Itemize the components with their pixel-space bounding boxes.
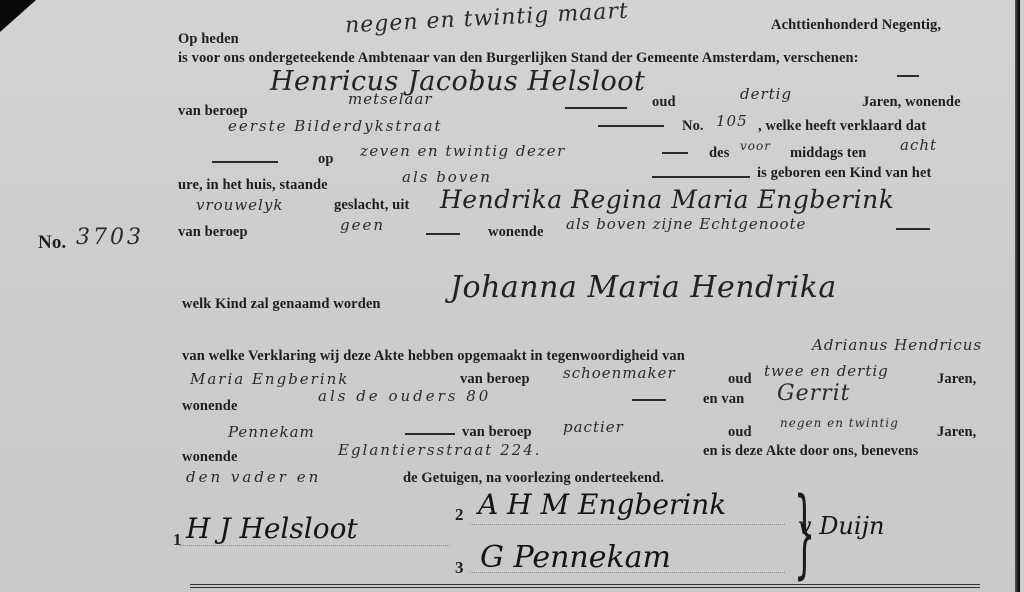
jaren-wonende-label: Jaren, wonende <box>862 94 961 111</box>
dash <box>405 433 455 435</box>
witness1-occupation: schoenmaker <box>563 364 676 382</box>
getuigen-line: de Getuigen, na voorlezing onderteekend. <box>403 470 664 487</box>
witness2-age: negen en twintig <box>780 416 899 430</box>
en-is-deze-label: en is deze Akte door ons, benevens <box>703 443 918 460</box>
house-no-label: No. <box>682 118 704 135</box>
dash <box>598 125 664 127</box>
wonende-label-3: wonende <box>182 398 238 415</box>
birth-place: als boven <box>402 168 492 186</box>
child-name: Johanna Maria Hendrika <box>450 270 837 305</box>
signature-line-2 <box>470 524 785 525</box>
dash <box>897 75 919 77</box>
witness1-age: twee en dertig <box>764 362 889 380</box>
witness1-name-b: Maria Engberink <box>190 370 349 388</box>
welke-heeft-label: , welke heeft verklaard dat <box>758 118 926 135</box>
father-house-number: 105 <box>716 112 748 130</box>
dash <box>896 228 930 230</box>
witness1-signature: A H M Engberink <box>478 488 726 521</box>
handwritten-date: negen en twintig maart <box>345 0 630 38</box>
jaren-label-4: Jaren, <box>937 424 976 441</box>
dash <box>632 399 666 401</box>
scan-corner-shadow <box>0 0 36 32</box>
mother-residence: als boven zijne Echtgenoote <box>566 215 806 233</box>
op-heden-label: Op heden <box>178 31 239 48</box>
father-street: eerste Bilderdykstraat <box>228 117 443 135</box>
dash <box>426 233 460 235</box>
mother-name: Hendrika Regina Maria Engberink <box>440 185 894 214</box>
signature-number-2: 2 <box>455 505 464 525</box>
oud-label-4: oud <box>728 424 752 441</box>
record-number-label: No. <box>38 232 66 254</box>
year-text: Achttienhonderd Negentig, <box>771 17 941 34</box>
van-beroep-label-3: van beroep <box>460 371 530 388</box>
bottom-rule-2 <box>190 587 980 588</box>
op-label: op <box>318 151 334 168</box>
welk-kind-label: welk Kind zal genaamd worden <box>182 296 381 313</box>
signature-number-1: 1 <box>173 530 182 550</box>
father-signature: H J Helsloot <box>186 512 358 545</box>
witness2-signature: G Pennekam <box>480 540 671 575</box>
verklaring-line: van welke Verklaring wij deze Akte hebbe… <box>182 348 685 365</box>
middags-ten-label: middags ten <box>790 145 866 162</box>
dash <box>565 107 627 109</box>
father-name: Henricus Jacobus Helsloot <box>270 66 645 97</box>
birth-hour: acht <box>900 136 937 154</box>
oud-label: oud <box>652 94 676 111</box>
wonende-label-2: wonende <box>488 224 544 241</box>
is-geboren-label: is geboren een Kind van het <box>757 165 931 182</box>
scan-right-edge <box>1015 0 1020 592</box>
jaren-label-3: Jaren, <box>937 371 976 388</box>
van-beroep-label-2: van beroep <box>178 224 248 241</box>
dash <box>662 152 688 154</box>
van-beroep-label-4: van beroep <box>462 424 532 441</box>
closing-handwritten: den vader en <box>186 468 321 486</box>
signature-number-3: 3 <box>455 558 464 578</box>
signature-line-3 <box>470 572 785 573</box>
time-prefix-text: voor <box>740 139 771 153</box>
father-occupation: metselaar <box>348 90 433 108</box>
father-age: dertig <box>740 85 792 103</box>
official-signature: v Duijn <box>798 512 884 540</box>
witness2-last-name: Pennekam <box>228 423 315 441</box>
witness1-residence: als de ouders 80 <box>318 387 491 405</box>
witness1-name-a: Adrianus Hendricus <box>812 336 982 354</box>
certificate-page: No. 3703 Op heden negen en twintig maart… <box>0 0 1020 592</box>
ure-huis-label: ure, in het huis, staande <box>178 177 328 194</box>
dash <box>652 176 750 178</box>
des-label: des <box>709 145 729 162</box>
en-van-label: en van <box>703 391 744 408</box>
child-sex: vrouwelyk <box>196 196 283 214</box>
signature-line-1 <box>180 545 450 546</box>
birth-day: zeven en twintig dezer <box>360 142 566 160</box>
witness2-occupation: pactier <box>563 418 624 436</box>
geslacht-uit-label: geslacht, uit <box>334 197 409 214</box>
wonende-label-4: wonende <box>182 449 238 466</box>
witness2-first-name: Gerrit <box>777 381 851 406</box>
record-number: 3703 <box>76 225 144 250</box>
dash <box>212 161 278 163</box>
mother-occupation: geen <box>340 216 385 234</box>
intro-line: is voor ons ondergeteekende Ambtenaar va… <box>178 50 859 67</box>
witness2-residence: Eglantiersstraat 224. <box>338 441 542 459</box>
bottom-rule <box>190 584 980 585</box>
oud-label-3: oud <box>728 371 752 388</box>
